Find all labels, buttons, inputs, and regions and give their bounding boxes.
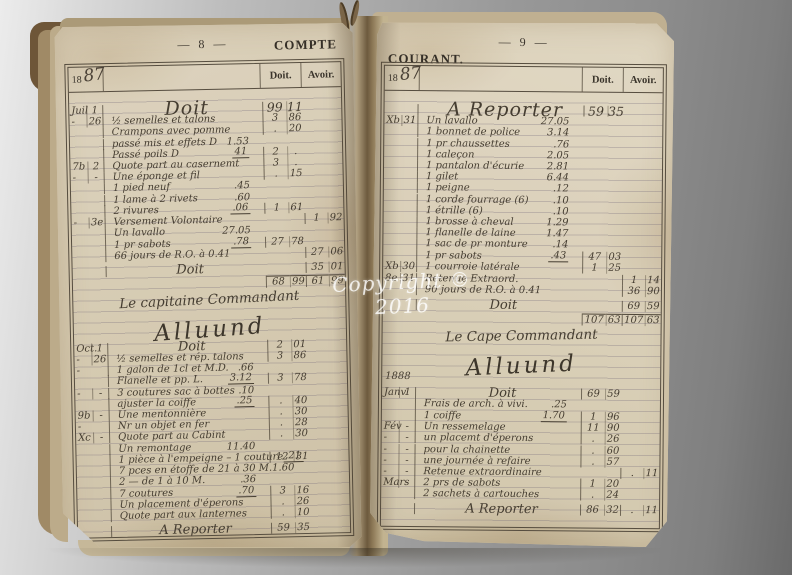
- doit-amount-cell: 20: [604, 479, 620, 490]
- inline-price: .10: [553, 195, 569, 206]
- doit-amount-cell: 59: [271, 522, 295, 534]
- date-cell: -: [93, 433, 109, 444]
- doit-amount-cell: 3: [263, 157, 287, 169]
- date-cell: -: [92, 388, 108, 399]
- date-cell: Fév: [382, 421, 399, 432]
- date-cell: -: [381, 455, 398, 466]
- doit-amount-cell: .: [269, 418, 293, 430]
- year-cell: 18 87: [385, 66, 419, 90]
- doit-amount-cell: 35: [295, 522, 311, 533]
- doit-amount-cell: 1: [582, 263, 606, 274]
- doit-amount-cell: .: [271, 507, 295, 519]
- inline-price: 2.81: [547, 161, 569, 172]
- doit-amount-cell: 26: [605, 434, 621, 445]
- ledger-rows: Juil1Doit9911-26½ semelles et talons386C…: [69, 87, 350, 538]
- ledger-row: A Reporter5935: [384, 91, 662, 117]
- avoir-amount-cell: 59: [645, 301, 661, 312]
- ledger-row: Le Cape Commandant: [382, 324, 660, 344]
- doit-amount-cell: 31: [293, 451, 309, 462]
- doit-amount-cell: .: [269, 429, 293, 441]
- avoir-column-header: Avoir.: [300, 62, 340, 87]
- doit-amount-cell: 2: [267, 339, 291, 351]
- doit-amount-cell: 1: [580, 479, 604, 490]
- doit-amount-cell: 30: [293, 406, 309, 417]
- doit-amount-cell: 15: [288, 168, 304, 179]
- doit-amount-cell: 96: [605, 412, 621, 423]
- doit-amount-cell: 86: [291, 350, 307, 361]
- avoir-amount-cell: 61: [306, 274, 329, 286]
- date-cell: -: [71, 173, 88, 184]
- date-cell: 8e: [383, 272, 400, 283]
- date-cell: 1: [91, 343, 107, 354]
- page-8: — 8 — COMPTE 18 87 Doit. Avoir. Juil1Doi…: [53, 21, 364, 553]
- date-cell: -: [399, 421, 415, 432]
- doit-amount-cell: 1: [264, 202, 288, 214]
- date-cell: Juil: [69, 106, 86, 117]
- doit-amount-cell: 35: [607, 106, 623, 117]
- date-cell: 9b: [76, 411, 93, 422]
- doit-amount-cell: 59: [583, 106, 607, 117]
- inline-price: .45: [234, 181, 250, 192]
- doit-amount-cell: 12: [269, 451, 293, 463]
- avoir-amount-cell: 11: [643, 505, 659, 516]
- inline-price: 41: [232, 146, 249, 158]
- doit-amount-cell: 99: [290, 275, 306, 287]
- doit-amount-cell: .: [580, 456, 604, 467]
- date-cell: 31: [401, 115, 417, 126]
- inline-price: .12: [553, 184, 569, 195]
- inline-price: 27.05: [541, 116, 570, 127]
- doit-amount-cell: 11: [286, 101, 302, 112]
- description-column-header: [102, 64, 259, 91]
- doit-amount-cell: 01: [291, 339, 307, 350]
- doit-column-header: Doit.: [582, 68, 623, 92]
- doit-amount-cell: 78: [289, 236, 305, 247]
- avoir-amount-cell: 1: [622, 274, 645, 285]
- avoir-amount-cell: .: [620, 468, 643, 479]
- doit-amount-cell: .: [287, 146, 303, 157]
- avoir-amount-cell: 107: [622, 314, 645, 326]
- doit-amount-cell: 107: [582, 313, 606, 325]
- year-printed: 18: [388, 72, 398, 83]
- date-cell: -: [382, 432, 399, 443]
- date-cell: 1: [399, 387, 415, 398]
- date-cell: 31: [400, 273, 416, 284]
- inline-price: .70: [236, 485, 256, 497]
- date-cell: -: [72, 218, 89, 229]
- date-cell: 1: [86, 105, 102, 116]
- doit-amount-cell: .: [287, 157, 303, 168]
- doit-amount-cell: 86: [580, 505, 604, 516]
- inline-price: .06: [230, 202, 250, 214]
- doit-column-header: Doit.: [259, 63, 300, 88]
- doit-amount-cell: 61: [288, 202, 304, 213]
- inline-price: 3.14: [547, 128, 569, 139]
- doit-amount-cell: 3: [270, 485, 294, 497]
- doit-amount-cell: 27: [265, 236, 289, 248]
- page-9: — 9 — COURANT. 18 87 Doit. Avoir. A Repo…: [370, 21, 675, 548]
- doit-amount-cell: 26: [294, 496, 310, 507]
- avoir-amount-cell: 99: [329, 274, 345, 286]
- doit-amount-cell: 20: [287, 123, 303, 134]
- doit-amount-cell: 30: [293, 428, 309, 439]
- date-cell: Xb: [384, 115, 401, 126]
- scanned-ledger-photo: — 8 — COMPTE 18 87 Doit. Avoir. Juil1Doi…: [0, 0, 792, 575]
- doit-amount-cell: 25: [606, 263, 622, 274]
- description-cell: A Reporter: [111, 523, 271, 537]
- date-cell: 30: [400, 261, 416, 272]
- date-cell: -: [69, 117, 86, 128]
- inline-price: 1.70: [541, 410, 567, 422]
- inline-price: 1.47: [546, 228, 568, 239]
- doit-amount-cell: 47: [582, 252, 606, 263]
- date-cell: -: [75, 366, 92, 377]
- doit-amount-cell: 40: [292, 395, 308, 406]
- inline-price: .10: [553, 206, 569, 217]
- doit-amount-cell: 90: [605, 423, 621, 434]
- doit-amount-cell: .: [268, 395, 292, 407]
- doit-amount-cell: 32: [604, 505, 620, 516]
- doit-amount-cell: 3: [262, 113, 286, 125]
- doit-amount-cell: .: [269, 406, 293, 418]
- running-title: COMPTE: [274, 36, 337, 53]
- avoir-amount-cell: 69: [622, 301, 645, 312]
- doit-amount-cell: 60: [604, 445, 620, 456]
- doit-amount-cell: .: [580, 490, 604, 501]
- inline-price: .78: [231, 236, 251, 248]
- date-cell: -: [76, 422, 93, 433]
- avoir-amount-cell: 92: [327, 212, 343, 223]
- doit-amount-cell: .: [264, 169, 288, 181]
- date-cell: 26: [91, 354, 107, 365]
- year-handwritten: 87: [82, 64, 106, 87]
- ledger-rows: A Reporter5935Xb31Un lavallo27.051 bonne…: [381, 91, 663, 528]
- doit-amount-cell: 68: [266, 275, 290, 287]
- doit-amount-cell: .: [263, 124, 287, 136]
- avoir-amount-cell: .: [620, 505, 643, 516]
- avoir-amount-cell: 1: [304, 213, 327, 224]
- doit-amount-cell: 3: [267, 350, 291, 362]
- ledger-table: 18 87 Doit. Avoir. A Reporter5935Xb31Un …: [380, 65, 664, 529]
- doit-amount-cell: 99: [262, 101, 286, 113]
- year-cell: 18 87: [68, 67, 102, 92]
- date-cell: -: [382, 443, 399, 454]
- avoir-amount-cell: 06: [328, 246, 344, 257]
- date-cell: -: [399, 443, 415, 454]
- date-cell: -: [93, 410, 109, 421]
- inline-price: .25: [551, 399, 567, 410]
- doit-amount-cell: 16: [294, 485, 310, 496]
- inline-price: .76: [553, 139, 569, 150]
- doit-amount-cell: 03: [606, 252, 622, 263]
- doit-amount-cell: 69: [581, 388, 605, 399]
- avoir-amount-cell: 14: [645, 275, 661, 286]
- date-cell: -: [398, 466, 414, 477]
- doit-amount-cell: .: [581, 434, 605, 445]
- ledger-table: 18 87 Doit. Avoir. Juil1Doit9911-26½ sem…: [67, 61, 351, 539]
- date-cell: Xb: [383, 261, 400, 272]
- doit-amount-cell: 59: [605, 389, 621, 400]
- year-printed: 18: [72, 74, 82, 85]
- description-cell: A Reporter: [414, 503, 580, 515]
- doit-amount-cell: 28: [293, 417, 309, 428]
- doit-amount-cell: 86: [286, 112, 302, 123]
- date-cell: -: [399, 432, 415, 443]
- doit-amount-cell: 78: [292, 372, 308, 383]
- inline-price: 3.12: [228, 372, 255, 385]
- doit-amount-cell: 3: [268, 373, 292, 385]
- avoir-amount-cell: 27: [305, 246, 328, 257]
- date-cell: -: [381, 466, 398, 477]
- doit-amount-cell: .: [270, 496, 294, 508]
- date-cell: Oct.: [74, 343, 91, 354]
- doit-amount-cell: .: [581, 445, 605, 456]
- date-cell: -: [88, 172, 104, 183]
- avoir-amount-cell: 35: [305, 261, 328, 272]
- inline-price: .14: [552, 240, 568, 251]
- inline-price: 2.05: [547, 150, 569, 161]
- description-column-header: [419, 66, 582, 91]
- avoir-amount-cell: 01: [328, 261, 344, 272]
- avoir-amount-cell: 11: [643, 468, 659, 479]
- inline-price: 6.44: [547, 172, 569, 183]
- date-cell: -: [75, 388, 92, 399]
- date-cell: 2: [87, 161, 103, 172]
- page-number: — 9 —: [374, 34, 674, 52]
- avoir-amount-cell: 90: [645, 286, 661, 297]
- inline-price: .25: [234, 395, 254, 407]
- date-cell: -: [398, 455, 414, 466]
- avoir-amount-cell: 63: [645, 314, 661, 326]
- avoir-amount-cell: 36: [622, 286, 645, 297]
- date-cell: 7b: [70, 162, 87, 173]
- date-cell: -: [74, 354, 91, 365]
- year-handwritten: 87: [399, 63, 422, 85]
- ledger-row: Alluund: [382, 342, 660, 374]
- date-cell: Xc: [76, 433, 93, 444]
- inline-price: .43: [548, 250, 568, 262]
- date-cell: 3e: [89, 217, 105, 228]
- date-cell: Janv: [382, 387, 399, 398]
- doit-amount-cell: 1: [581, 412, 605, 423]
- inline-price: 1.60: [272, 462, 294, 473]
- doit-amount-cell: 24: [604, 490, 620, 501]
- doit-amount-cell: 10: [295, 507, 311, 518]
- date-cell: Mars: [381, 477, 398, 488]
- date-cell: -: [398, 477, 414, 488]
- avoir-column-header: Avoir.: [623, 68, 663, 92]
- doit-amount-cell: 11: [581, 423, 605, 434]
- ledger-row: A Reporter8632.11: [381, 499, 659, 516]
- inline-price: 1.29: [546, 217, 568, 228]
- doit-amount-cell: 2: [263, 146, 287, 158]
- date-cell: 26: [86, 116, 102, 127]
- doit-amount-cell: 63: [606, 314, 622, 326]
- ledger-header: 18 87 Doit. Avoir.: [385, 66, 663, 93]
- doit-amount-cell: 57: [604, 456, 620, 467]
